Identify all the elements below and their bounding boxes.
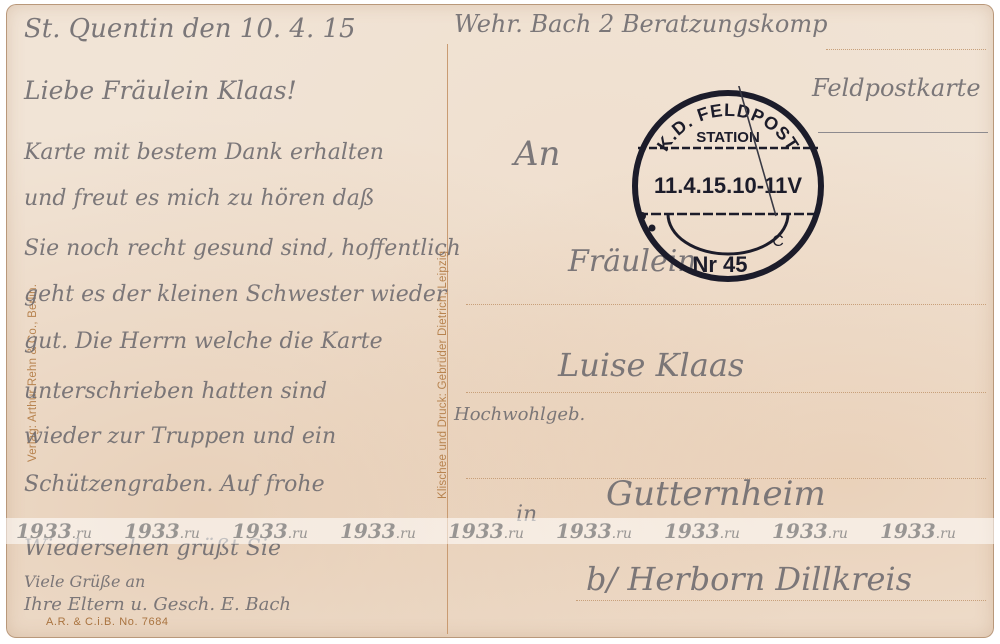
card-type-label: Feldpostkarte	[812, 74, 981, 102]
watermark-text: 1933.ru	[16, 519, 124, 543]
salutation: An	[514, 134, 560, 174]
pencil-underline	[818, 132, 988, 133]
watermark-text: 1933.ru	[772, 519, 880, 543]
sender-line: Wehr. Bach 2 Beratzungskomp	[454, 10, 827, 38]
message-line: Karte mit bestem Dank erhalten	[24, 140, 384, 165]
svg-text:C: C	[772, 233, 784, 250]
message-line: und freut es mich zu hören daß	[24, 186, 375, 211]
svg-text:STATION: STATION	[696, 129, 760, 146]
message-line: St. Quentin den 10. 4. 15	[24, 14, 356, 44]
svg-text:11.4.15.10-11V: 11.4.15.10-11V	[654, 173, 802, 198]
svg-text:Nr 45: Nr 45	[692, 252, 747, 277]
watermark-text: 1933.ru	[448, 519, 556, 543]
postmark-circle-icon: K.D. FELDPOST STATION 11.4.15.10-11V Nr …	[628, 86, 828, 286]
address-dotted-line	[576, 600, 986, 601]
message-line: wieder zur Truppen und ein	[24, 424, 336, 449]
recipient-region: b/ Herborn Dillkreis	[586, 560, 912, 598]
address-dotted-line	[466, 304, 986, 305]
watermark-text: 1933.ru	[664, 519, 772, 543]
watermark-text: 1933.ru	[880, 519, 988, 543]
article-number: A.R. & C.i.B. No. 7684	[46, 616, 169, 628]
recipient-town: Gutternheim	[606, 474, 826, 514]
message-signature: Ihre Eltern u. Gesch. E. Bach	[24, 594, 291, 615]
message-line: Schützengraben. Auf frohe	[24, 472, 325, 497]
message-line: gut. Die Herrn welche die Karte	[24, 329, 383, 354]
message-line: Viele Grüße an	[24, 572, 145, 591]
address-dotted-line	[466, 392, 986, 393]
recipient-name: Luise Klaas	[558, 346, 744, 384]
watermark-text: 1933.ru	[232, 519, 340, 543]
message-line: unterschrieben hatten sind	[24, 379, 327, 404]
side-note: Hochwohlgeb.	[454, 404, 585, 425]
watermark-text: 1933.ru	[556, 519, 664, 543]
message-line: geht es der kleinen Schwester wieder	[24, 282, 446, 307]
address-dotted-line	[826, 49, 986, 50]
watermark-strip: 1933.ru 1933.ru 1933.ru 1933.ru 1933.ru …	[0, 518, 1000, 544]
feldpost-postmark: K.D. FELDPOST STATION 11.4.15.10-11V Nr …	[628, 86, 828, 286]
watermark-text: 1933.ru	[124, 519, 232, 543]
address-dotted-line	[466, 478, 986, 479]
message-line: Liebe Fräulein Klaas!	[24, 76, 297, 105]
watermark-text: 1933.ru	[340, 519, 448, 543]
message-line: Sie noch recht gesund sind, hoffentlich	[24, 236, 461, 261]
